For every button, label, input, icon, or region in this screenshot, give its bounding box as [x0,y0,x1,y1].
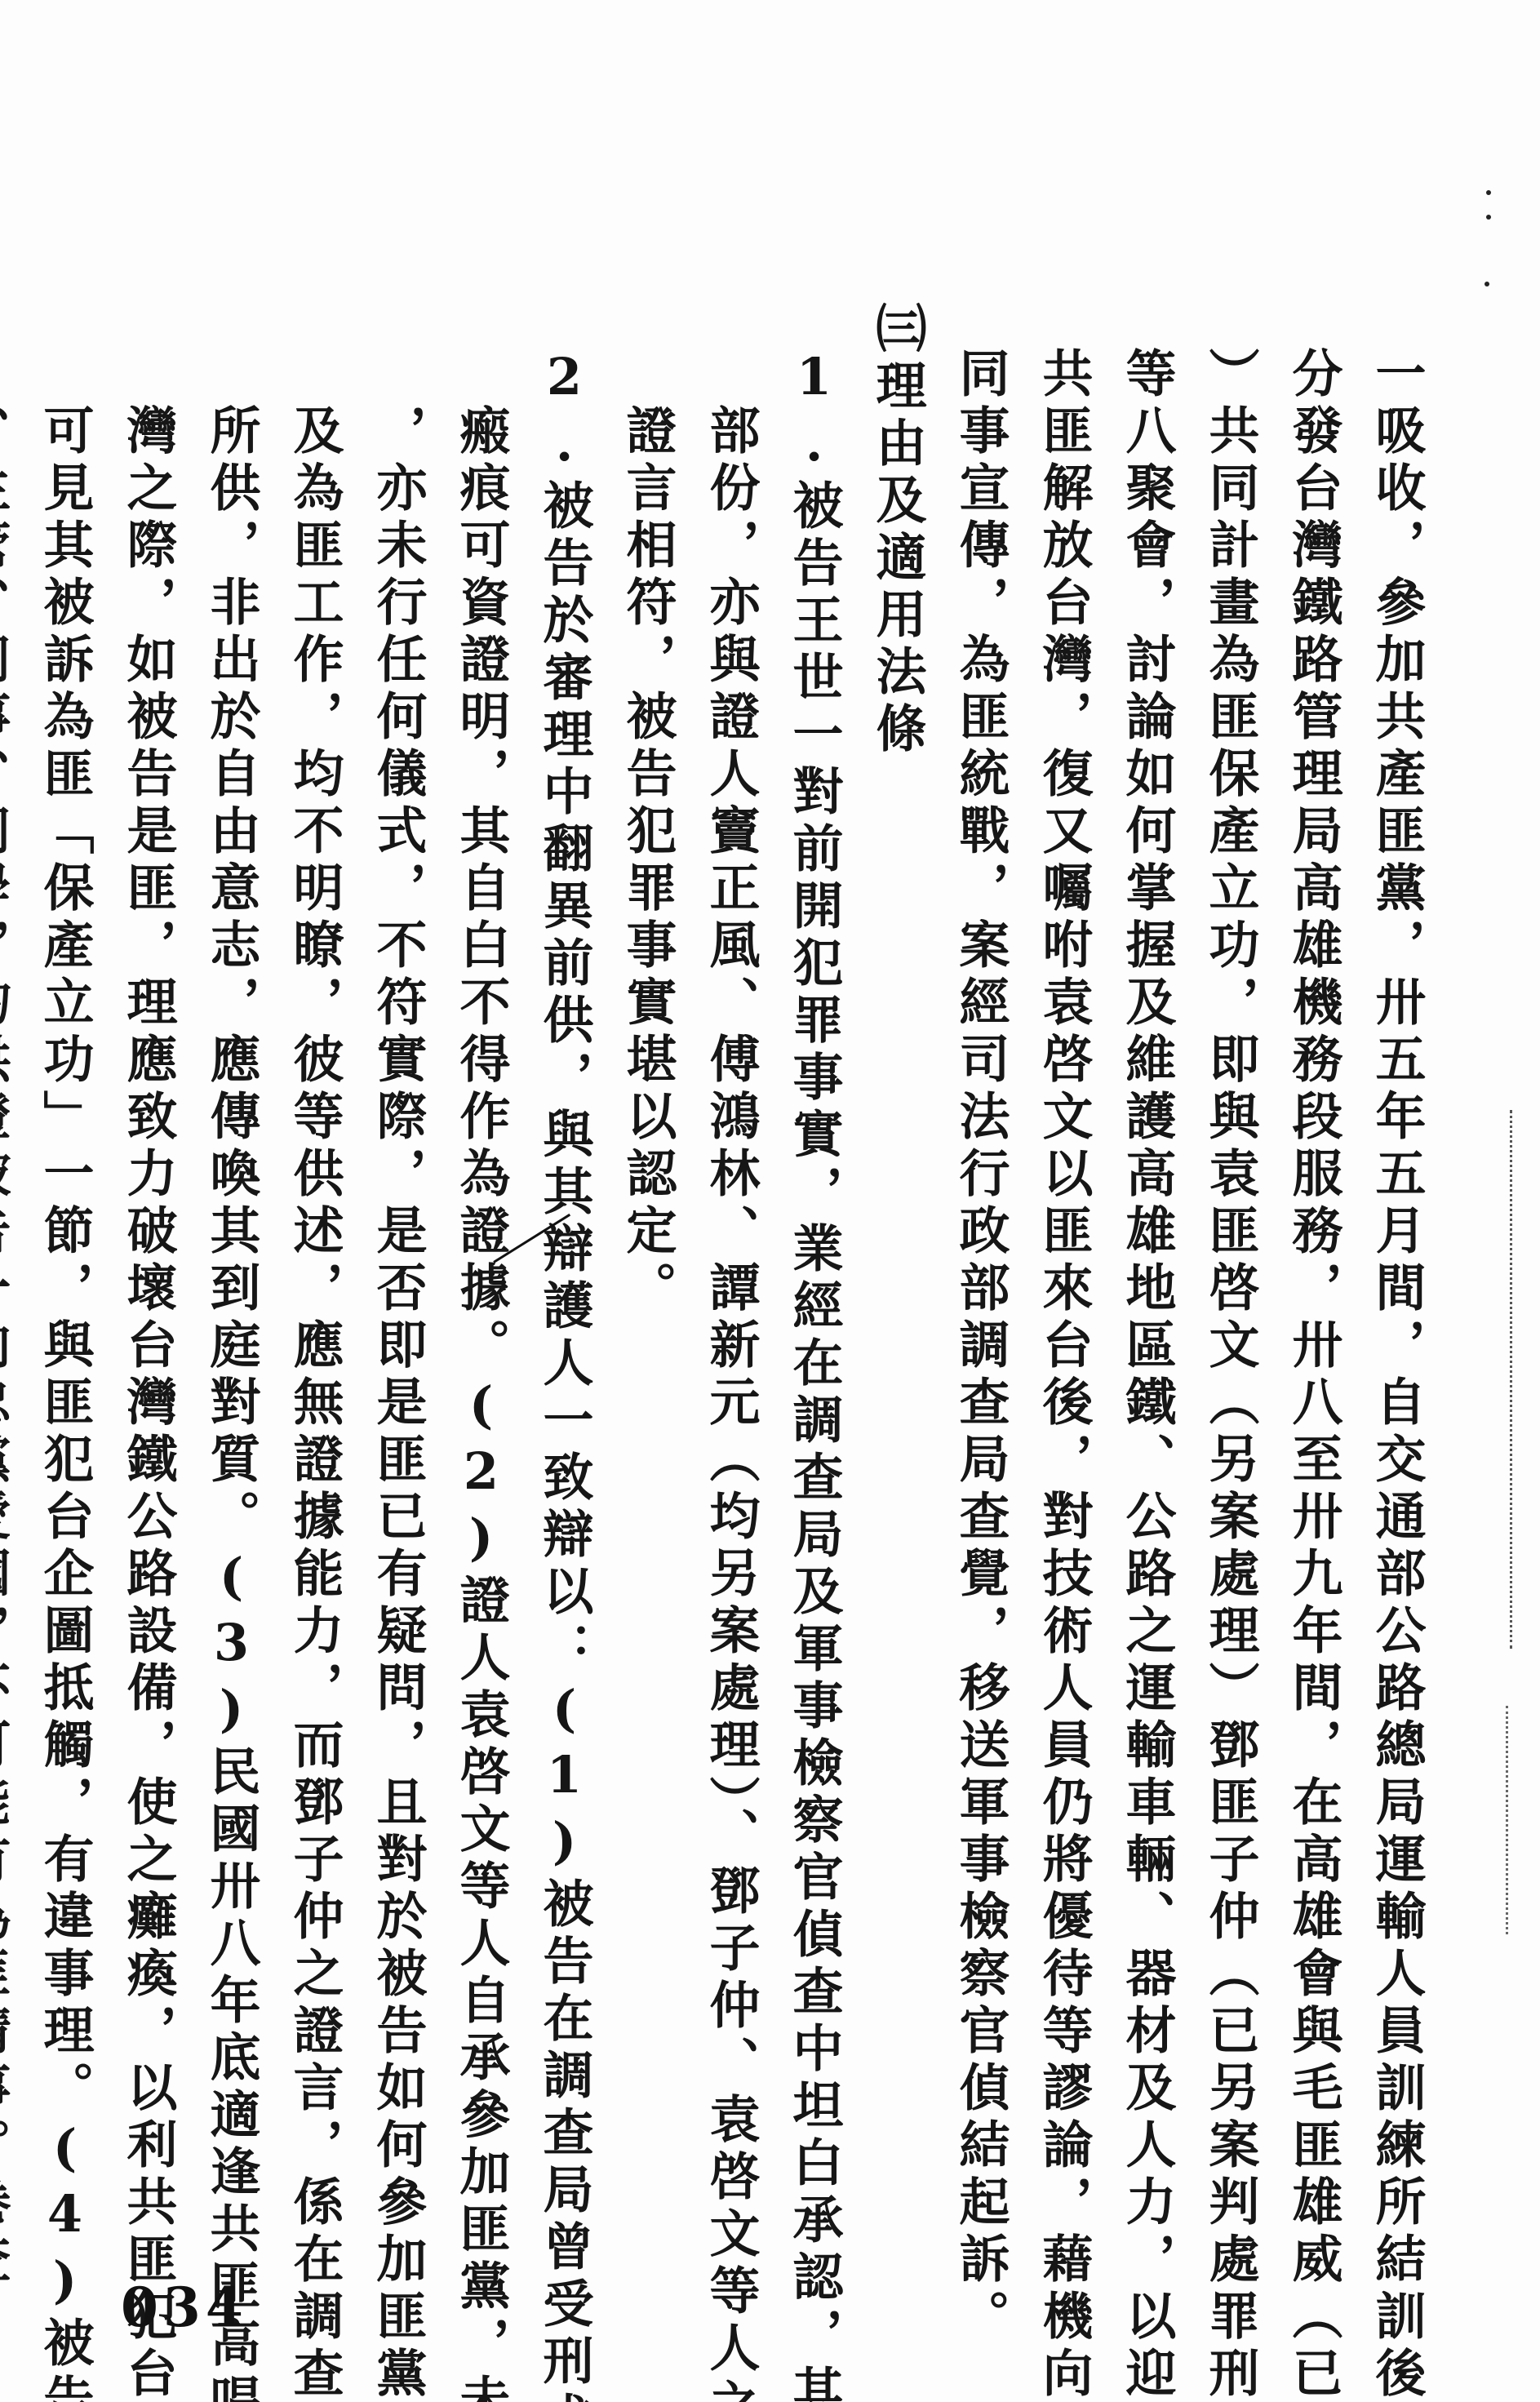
text-column-3: ）共同計畫為匪保產立功，即與袁匪啓文（另案處理）鄧匪子仲（已另案判處罪刑） [1188,347,1271,2175]
text-column-4: 等八聚會，討論如何掌握及維護高雄地區鐵、公路之運輸車輛、器材及人力，以迎接 [1105,347,1188,2175]
margin-speck [1485,282,1489,286]
text-column-2: 分發台灣鐵路管理局高雄機務段服務，卅八至卅九年間，在高雄會與毛匪雄威（已故 [1271,347,1355,2175]
text-column-1: 一吸收，參加共產匪黨，卅五年五月間，自交通部公路總局運輸人員訓練所結訓後， [1355,347,1438,2175]
text-column-6: 同事宣傳，為匪統戰，案經司法行政部調查局查覺，移送軍事檢察官偵結起訴。 [939,347,1022,2175]
text-column-item-2-cont-c: 及為匪工作，均不明瞭，彼等供述，應無證據能力，而鄧子仲之證言，係在調查局 [273,347,356,2175]
section-heading-reasons: ㈢理由及適用法條 [855,302,939,2175]
scanned-document-page: 一吸收，參加共產匪黨，卅五年五月間，自交通部公路總局運輸人員訓練所結訓後， 分發… [0,0,1540,2402]
text-column-item-2-cont-a: 瘢痕可資證明，其自白不得作為證據。(2)證人袁啓文等人自承參加匪黨，未經受訓 [439,347,522,2175]
text-column-item-1-cont-a: 部份，亦與證人竇正風、傅鴻林、譚新元（均另案處理）、鄧子仲、袁啓文等人之 [689,347,772,2175]
margin-speck [1486,215,1491,220]
text-column-item-2-cont-b: ，亦未行任何儀式，不符實際，是否即是匪已有疑問，且對於被告如何參加匪黨， [356,347,439,2175]
text-column-item-2-cont-d: 所供，非出於自由意志，應傳喚其到庭對質。(3)民國卅八年底適逢共匪高唱血洗台 [189,347,273,2175]
text-column-5: 共匪解放台灣，復又囑咐袁啓文以匪來台後，對技術人員仍將優待等謬論，藉機向其 [1022,347,1105,2175]
scan-edge-artifact-lower [1506,1706,1511,1934]
scan-edge-artifact [1510,1110,1517,1649]
text-column-item-1: 1.被告王世一對前開犯罪事實，業經在調查局及軍事檢察官偵查中坦白承認，其相關 [772,347,855,2175]
text-column-item-2: 2.被告於審理中翻異前供，與其辯護人一致辯以：(1)被告在調查局曾受刑求，右腿有 [522,347,606,2175]
text-column-item-2-cont-g: 、主管、同事、同學，均供證被告一向忠黨愛國，不可能有為匪情事。卷查(1)被告 [0,347,23,2175]
page-number: 034 [121,2275,248,2339]
text-column-item-1-cont-b: 證言相符，被告犯罪事實堪以認定。 [606,347,689,2175]
margin-speck [1486,190,1491,195]
vertical-text-body: 一吸收，參加共產匪黨，卅五年五月間，自交通部公路總局運輸人員訓練所結訓後， 分發… [0,347,1438,2175]
text-column-item-2-cont-f: 可見其被訴為匪「保產立功」一節，與匪犯台企圖抵觸，有違事理。(4)被告之師長 [23,347,106,2175]
text-column-item-2-cont-e: 灣之際，如被告是匪，理應致力破壞台灣鐵公路設備，使之癱瘓，以利共匪犯台， [106,347,189,2175]
